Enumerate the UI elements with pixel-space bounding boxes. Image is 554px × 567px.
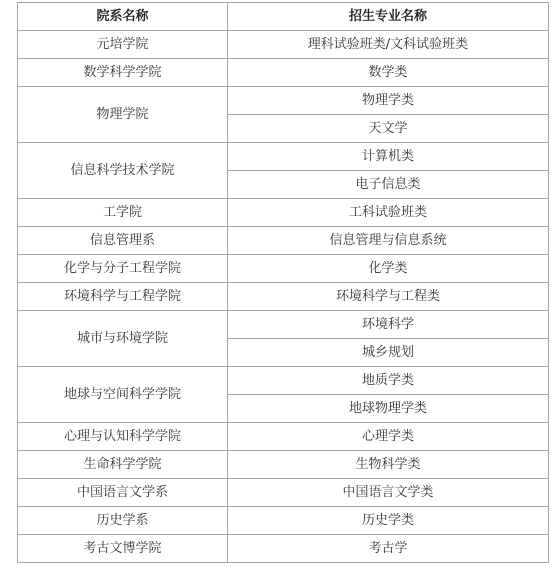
- major-cell: 生物科学类: [228, 451, 549, 479]
- table-row: 考古文博学院考古学: [18, 535, 549, 563]
- dept-cell: 环境科学与工程学院: [18, 283, 228, 311]
- major-cell: 城乡规划: [228, 339, 549, 367]
- major-cell: 化学类: [228, 255, 549, 283]
- table-body: 元培学院理科试验班类/文科试验班类数学科学学院数学类物理学院物理学类天文学信息科…: [18, 31, 549, 563]
- dept-cell: 中国语言文学系: [18, 479, 228, 507]
- major-cell: 历史学类: [228, 507, 549, 535]
- table-row: 城市与环境学院环境科学: [18, 311, 549, 339]
- header-major: 招生专业名称: [228, 3, 549, 31]
- dept-cell: 信息科学技术学院: [18, 143, 228, 199]
- table-row: 生命科学学院生物科学类: [18, 451, 549, 479]
- major-cell: 环境科学与工程类: [228, 283, 549, 311]
- table-row: 元培学院理科试验班类/文科试验班类: [18, 31, 549, 59]
- dept-cell: 地球与空间科学学院: [18, 367, 228, 423]
- major-cell: 中国语言文学类: [228, 479, 549, 507]
- dept-cell: 城市与环境学院: [18, 311, 228, 367]
- major-cell: 信息管理与信息系统: [228, 227, 549, 255]
- dept-cell: 心理与认知科学学院: [18, 423, 228, 451]
- header-dept: 院系名称: [18, 3, 228, 31]
- table-row: 数学科学学院数学类: [18, 59, 549, 87]
- major-cell: 电子信息类: [228, 171, 549, 199]
- major-cell: 天文学: [228, 115, 549, 143]
- dept-cell: 物理学院: [18, 87, 228, 143]
- table-row: 地球与空间科学学院地质学类: [18, 367, 549, 395]
- major-cell: 环境科学: [228, 311, 549, 339]
- dept-cell: 历史学系: [18, 507, 228, 535]
- table-row: 心理与认知科学学院心理学类: [18, 423, 549, 451]
- table-row: 环境科学与工程学院环境科学与工程类: [18, 283, 549, 311]
- header-row: 院系名称 招生专业名称: [18, 3, 549, 31]
- dept-cell: 生命科学学院: [18, 451, 228, 479]
- major-cell: 理科试验班类/文科试验班类: [228, 31, 549, 59]
- dept-cell: 信息管理系: [18, 227, 228, 255]
- table-row: 化学与分子工程学院化学类: [18, 255, 549, 283]
- major-cell: 心理学类: [228, 423, 549, 451]
- major-cell: 数学类: [228, 59, 549, 87]
- table-row: 历史学系历史学类: [18, 507, 549, 535]
- major-cell: 物理学类: [228, 87, 549, 115]
- major-cell: 计算机类: [228, 143, 549, 171]
- table-row: 信息管理系信息管理与信息系统: [18, 227, 549, 255]
- major-cell: 工科试验班类: [228, 199, 549, 227]
- admissions-table: 院系名称 招生专业名称 元培学院理科试验班类/文科试验班类数学科学学院数学类物理…: [17, 2, 549, 563]
- table-row: 工学院工科试验班类: [18, 199, 549, 227]
- major-cell: 考古学: [228, 535, 549, 563]
- dept-cell: 化学与分子工程学院: [18, 255, 228, 283]
- dept-cell: 数学科学学院: [18, 59, 228, 87]
- dept-cell: 元培学院: [18, 31, 228, 59]
- table-row: 中国语言文学系中国语言文学类: [18, 479, 549, 507]
- major-cell: 地球物理学类: [228, 395, 549, 423]
- dept-cell: 考古文博学院: [18, 535, 228, 563]
- table-row: 物理学院物理学类: [18, 87, 549, 115]
- table-row: 信息科学技术学院计算机类: [18, 143, 549, 171]
- major-cell: 地质学类: [228, 367, 549, 395]
- dept-cell: 工学院: [18, 199, 228, 227]
